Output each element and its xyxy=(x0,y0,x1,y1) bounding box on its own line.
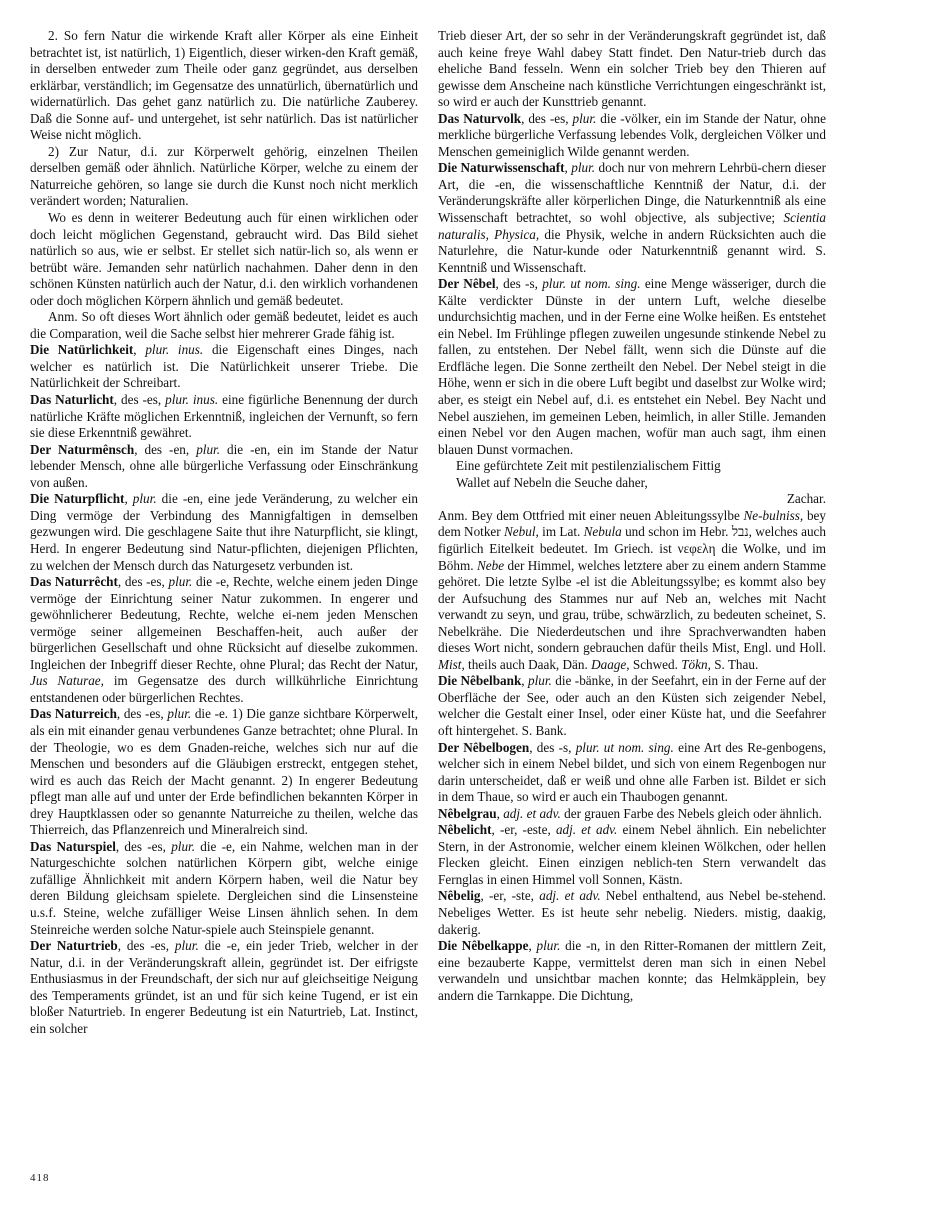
headword: Die Naturwissenschaft xyxy=(438,160,565,175)
italic-term: plur. xyxy=(171,839,195,854)
text: Zachar. xyxy=(787,491,826,506)
paragraph: 2) Zur Natur, d.i. zur Körperwelt gehöri… xyxy=(30,144,418,210)
dictionary-entry: Die Natürlichkeit, plur. inus. die Eigen… xyxy=(30,342,418,392)
paragraph: 2. So fern Natur die wirkende Kraft alle… xyxy=(30,28,418,144)
italic-term: Nebula xyxy=(584,524,622,539)
text: , des -s, xyxy=(529,740,575,755)
text: die -e. 1) Die ganze sichtbare Körperwel… xyxy=(30,706,418,837)
italic-term: plur. xyxy=(133,491,157,506)
text: , des -en, xyxy=(134,442,196,457)
headword: Der Nêbelbogen xyxy=(438,740,529,755)
italic-term: plur. xyxy=(572,111,596,126)
text: theils auch Daak, Dän. xyxy=(465,657,591,672)
dictionary-entry: Nêbelgrau, adj. et adv. der grauen Farbe… xyxy=(438,806,826,823)
dictionary-entry: Das Naturreich, des -es, plur. die -e. 1… xyxy=(30,706,418,838)
dictionary-entry: Der Nêbel, des -s, plur. ut nom. sing. e… xyxy=(438,276,826,458)
dictionary-entry: Der Naturtrieb, des -es, plur. die -e, e… xyxy=(30,938,418,1037)
dictionary-entry: Die Naturpflicht, plur. die -en, eine je… xyxy=(30,491,418,574)
dictionary-entry: Nêbelicht, -er, -este, adj. et adv. eine… xyxy=(438,822,826,888)
text: , -er, -ste, xyxy=(481,888,540,903)
text: 2) Zur Natur, d.i. zur Körperwelt gehöri… xyxy=(30,144,418,209)
verse-line: Wallet auf Nebeln die Seuche daher, xyxy=(438,475,826,492)
headword: Die Natürlichkeit xyxy=(30,342,133,357)
text: Wallet auf Nebeln die Seuche daher, xyxy=(456,475,648,490)
italic-term: plur. xyxy=(537,938,561,953)
paragraph: Anm. So oft dieses Wort ähnlich oder gem… xyxy=(30,309,418,342)
dictionary-entry: Das Naturspiel, des -es, plur. die -e, e… xyxy=(30,839,418,938)
italic-term: Tökn, xyxy=(681,657,711,672)
dictionary-entry: Das Naturrêcht, des -es, plur. die -e, R… xyxy=(30,574,418,706)
dictionary-entry: Der Naturmênsch, des -en, plur. die -en,… xyxy=(30,442,418,492)
text: Schwed. xyxy=(630,657,682,672)
italic-term: plur. xyxy=(528,673,552,688)
headword: Nêbelig xyxy=(438,888,481,903)
text: , xyxy=(521,673,528,688)
dictionary-entry: Nêbelig, -er, -ste, adj. et adv. Nebel e… xyxy=(438,888,826,938)
text: Trieb dieser Art, der so sehr in der Ver… xyxy=(438,28,826,109)
right-column: Trieb dieser Art, der so sehr in der Ver… xyxy=(438,28,826,1004)
headword: Das Naturvolk xyxy=(438,111,521,126)
italic-term: Daage, xyxy=(591,657,629,672)
dictionary-entry: Der Nêbelbogen, des -s, plur. ut nom. si… xyxy=(438,740,826,806)
italic-term: plur. xyxy=(196,442,220,457)
headword: Nêbelicht xyxy=(438,822,491,837)
italic-term: plur. inus. xyxy=(165,392,218,407)
italic-term: plur. xyxy=(167,706,191,721)
headword: Das Naturlicht xyxy=(30,392,114,407)
text: S. Thau. xyxy=(711,657,758,672)
italic-term: Nebul, xyxy=(504,524,539,539)
italic-term: adj. et adv. xyxy=(556,822,617,837)
text: Eine gefürchtete Zeit mit pestilenzialis… xyxy=(456,458,721,473)
text: 2. So fern Natur die wirkende Kraft alle… xyxy=(30,28,418,142)
text: , des -es, xyxy=(114,392,165,407)
quote-attribution: Zachar. xyxy=(438,491,826,508)
text: Anm. Bey dem Ottfried mit einer neuen Ab… xyxy=(438,508,744,523)
headword: Die Nêbelkappe xyxy=(438,938,528,953)
text: , des -s, xyxy=(496,276,543,291)
text: eine Menge wässeriger, durch die Kälte v… xyxy=(438,276,826,456)
dictionary-entry: Das Naturlicht, des -es, plur. inus. ein… xyxy=(30,392,418,442)
italic-term: plur. inus. xyxy=(145,342,203,357)
headword: Der Nêbel xyxy=(438,276,496,291)
italic-term: Mist, xyxy=(438,657,465,672)
italic-term: plur. ut nom. sing. xyxy=(576,740,674,755)
headword: Der Naturmênsch xyxy=(30,442,134,457)
headword: Der Naturtrieb xyxy=(30,938,118,953)
page-number: 418 xyxy=(30,1170,50,1187)
italic-term: Nebe xyxy=(477,558,504,573)
italic-term: adj. et adv. xyxy=(503,806,561,821)
dictionary-page: 2. So fern Natur die wirkende Kraft alle… xyxy=(0,0,935,1210)
headword: Die Naturpflicht xyxy=(30,491,124,506)
italic-term: Jus Naturae, xyxy=(30,673,104,688)
text: , des -es, xyxy=(118,938,175,953)
verse-line: Eine gefürchtete Zeit mit pestilenzialis… xyxy=(438,458,826,475)
text: Wo es denn in weiterer Bedeutung auch fü… xyxy=(30,210,418,308)
headword: Das Naturspiel xyxy=(30,839,116,854)
dictionary-entry: Anm. Bey dem Ottfried mit einer neuen Ab… xyxy=(438,508,826,673)
text: , xyxy=(528,938,536,953)
italic-term: plur. xyxy=(571,160,595,175)
text: , des -es, xyxy=(118,574,169,589)
dictionary-entry: Trieb dieser Art, der so sehr in der Ver… xyxy=(438,28,826,111)
text: , -er, -este, xyxy=(491,822,555,837)
italic-term: plur. xyxy=(169,574,193,589)
headword: Die Nêbelbank xyxy=(438,673,521,688)
headword: Das Naturreich xyxy=(30,706,117,721)
headword: Das Naturrêcht xyxy=(30,574,118,589)
dictionary-entry: Die Nêbelkappe, plur. die -n, in den Rit… xyxy=(438,938,826,1004)
italic-term: plur. ut nom. sing. xyxy=(542,276,640,291)
text: , des -es, xyxy=(116,839,171,854)
italic-term: Ne-bulniss, xyxy=(744,508,804,523)
text: , xyxy=(124,491,132,506)
paragraph: Wo es denn in weiterer Bedeutung auch fü… xyxy=(30,210,418,309)
italic-term: plur. xyxy=(175,938,199,953)
text: im Lat. xyxy=(539,524,584,539)
text: Anm. So oft dieses Wort ähnlich oder gem… xyxy=(30,309,418,341)
text: der grauen Farbe des Nebels gleich oder … xyxy=(561,806,822,821)
left-column: 2. So fern Natur die wirkende Kraft alle… xyxy=(30,28,418,1037)
dictionary-entry: Das Naturvolk, des -es, plur. die -völke… xyxy=(438,111,826,161)
text: , des -es, xyxy=(117,706,167,721)
dictionary-entry: Die Naturwissenschaft, plur. doch nur vo… xyxy=(438,160,826,276)
headword: Nêbelgrau xyxy=(438,806,497,821)
dictionary-entry: Die Nêbelbank, plur. die -bänke, in der … xyxy=(438,673,826,739)
text: , xyxy=(133,342,145,357)
text: , des -es, xyxy=(521,111,572,126)
italic-term: adj. et adv. xyxy=(539,888,600,903)
